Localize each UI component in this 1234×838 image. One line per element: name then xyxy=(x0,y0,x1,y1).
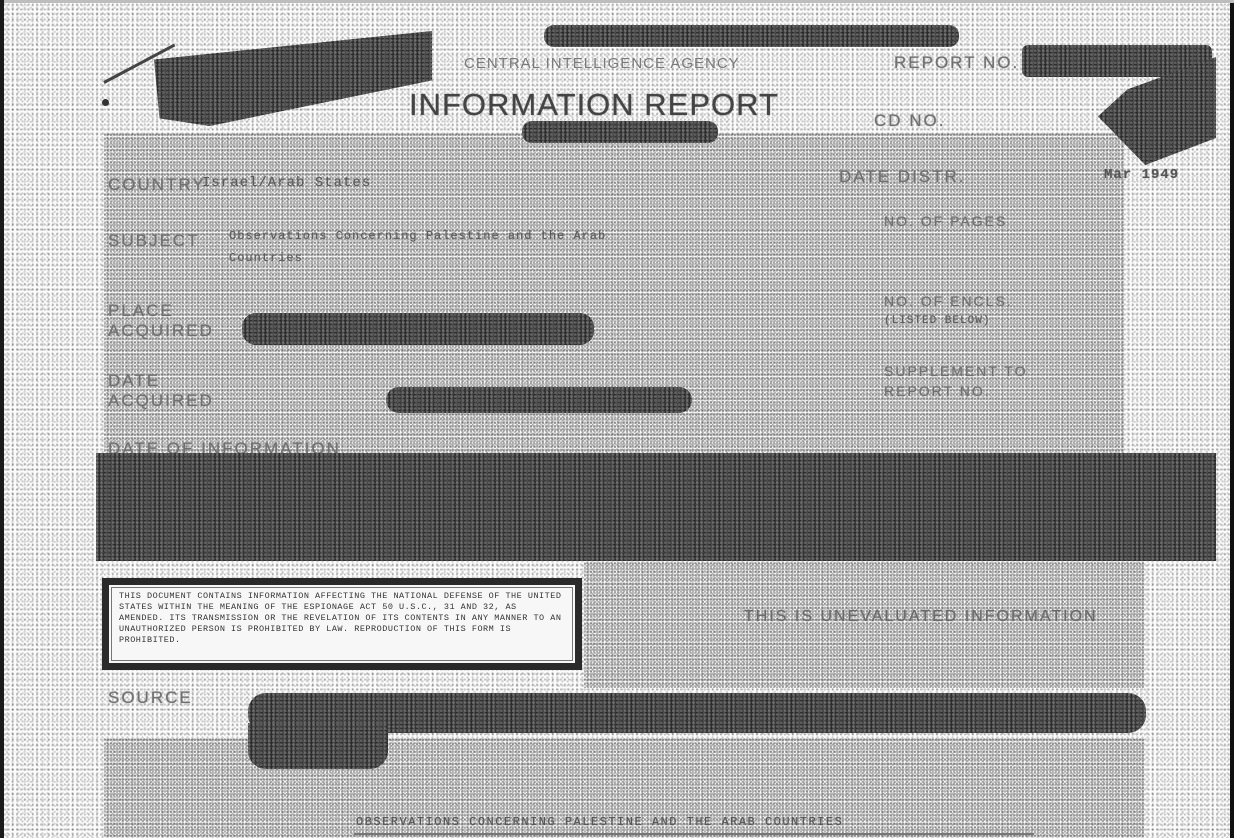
cd-no-label: CD NO. xyxy=(874,111,946,131)
body-heading-underline xyxy=(354,833,1034,835)
espionage-act-notice-box: THIS DOCUMENT CONTAINS INFORMATION AFFEC… xyxy=(102,578,582,670)
date-acquired-label: DATE ACQUIRED xyxy=(108,371,228,411)
redaction-date-acquired xyxy=(386,387,692,413)
country-value: Israel/Arab States xyxy=(202,175,371,191)
redaction-place-acquired xyxy=(242,313,594,345)
agency-line: CENTRAL INTELLIGENCE AGENCY xyxy=(464,55,740,72)
listed-below-label: (LISTED BELOW) xyxy=(884,315,990,327)
staple-pin-head-icon xyxy=(102,99,109,106)
report-no-label: REPORT NO. xyxy=(894,53,1019,73)
supplement-label: SUPPLEMENT TO REPORT NO. xyxy=(884,361,1084,401)
body-heading: OBSERVATIONS CONCERNING PALESTINE AND TH… xyxy=(356,815,843,829)
date-distr-label: DATE DISTR. xyxy=(839,167,966,187)
espionage-act-notice-text: THIS DOCUMENT CONTAINS INFORMATION AFFEC… xyxy=(119,591,565,646)
redaction-top-center xyxy=(544,25,959,47)
date-distr-value: Mar 1949 xyxy=(1104,167,1179,183)
scanned-document-page: CENTRAL INTELLIGENCE AGENCY REPORT NO. I… xyxy=(4,3,1230,838)
country-label: COUNTRY xyxy=(108,175,206,195)
no-of-encls-label: NO. OF ENCLS. xyxy=(884,293,1013,309)
place-acquired-label: PLACE ACQUIRED xyxy=(108,301,228,341)
source-label: SOURCE xyxy=(108,688,193,708)
document-title: INFORMATION REPORT xyxy=(409,87,779,123)
subject-label: SUBJECT xyxy=(108,231,199,251)
no-of-pages-label: NO. OF PAGES xyxy=(884,213,1007,229)
redaction-source-tail xyxy=(248,723,388,769)
redaction-under-title xyxy=(522,121,718,143)
unevaluated-notice: THIS IS UNEVALUATED INFORMATION xyxy=(744,608,1098,626)
redaction-date-of-information xyxy=(96,453,1216,561)
redaction-top-left xyxy=(154,31,432,126)
subject-value: Observations Concerning Palestine and th… xyxy=(229,225,659,269)
